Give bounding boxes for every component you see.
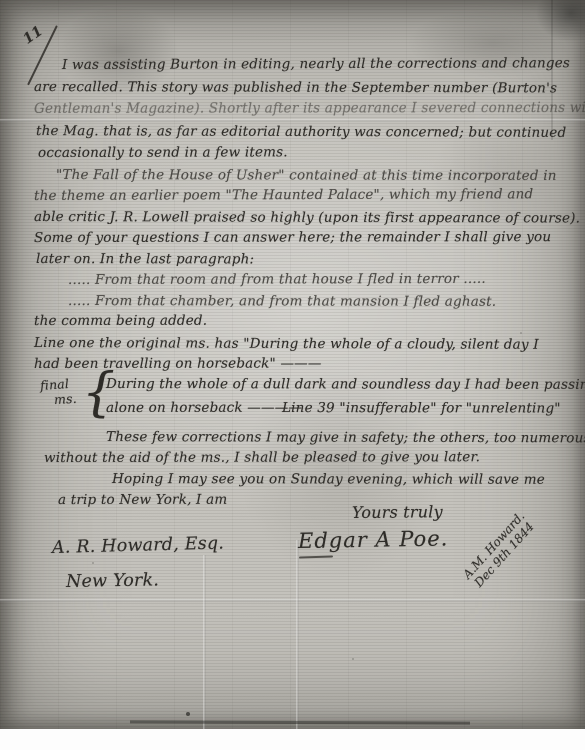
letter-line: without the aid of the ms., I shall be p…: [44, 449, 480, 466]
letter-line: a trip to New York, I am: [58, 492, 227, 508]
scanner-background: [0, 729, 585, 750]
letter-line: able critic J. R. Lowell praised so high…: [34, 209, 580, 226]
letter-line: the comma being added.: [34, 313, 207, 329]
letter-line: Hoping I may see you on Sunday evening, …: [112, 471, 545, 488]
letter-line: had been travelling on horseback" ———: [34, 355, 322, 372]
letter-line: are recalled. This story was published i…: [34, 79, 557, 96]
letter-line: occasionally to send in a few items.: [38, 144, 288, 161]
letter-line: "The Fall of the House of Usher" contain…: [56, 167, 557, 184]
letter-line: Some of your questions I can answer here…: [34, 229, 551, 246]
quoted-verse-line: ..... From that room and from that house…: [68, 271, 486, 288]
letter-line: Line one the original ms. has "During th…: [34, 335, 539, 353]
final-ms-line: During the whole of a dull dark and soun…: [106, 376, 585, 393]
poe-signature: Edgar A Poe.: [298, 526, 449, 553]
final-ms-label-bottom: ms.: [54, 391, 78, 407]
final-ms-line: alone on horseback ————: [106, 400, 302, 416]
letter-line: later on. In the last paragraph:: [36, 251, 254, 267]
valediction: Yours truly: [352, 502, 443, 522]
letter-line: These few corrections I may give in safe…: [106, 429, 585, 446]
quoted-verse-line: ..... From that chamber, and from that m…: [68, 293, 496, 310]
letter-line: the theme an earlier poem "The Haunted P…: [34, 186, 533, 204]
addressee-city: New York.: [66, 570, 159, 592]
letter-line: the Mag. that is, as far as editorial au…: [36, 123, 566, 141]
letter-line: Gentleman's Magazine). Shortly after its…: [34, 100, 585, 117]
line39-correction-note: Line 39 "insufferable" for "unrelenting": [282, 400, 561, 416]
letter-line: I was assisting Burton in editing, nearl…: [62, 55, 570, 73]
letter-scan: 11 I was assisting Burton in editing, ne…: [0, 0, 585, 750]
